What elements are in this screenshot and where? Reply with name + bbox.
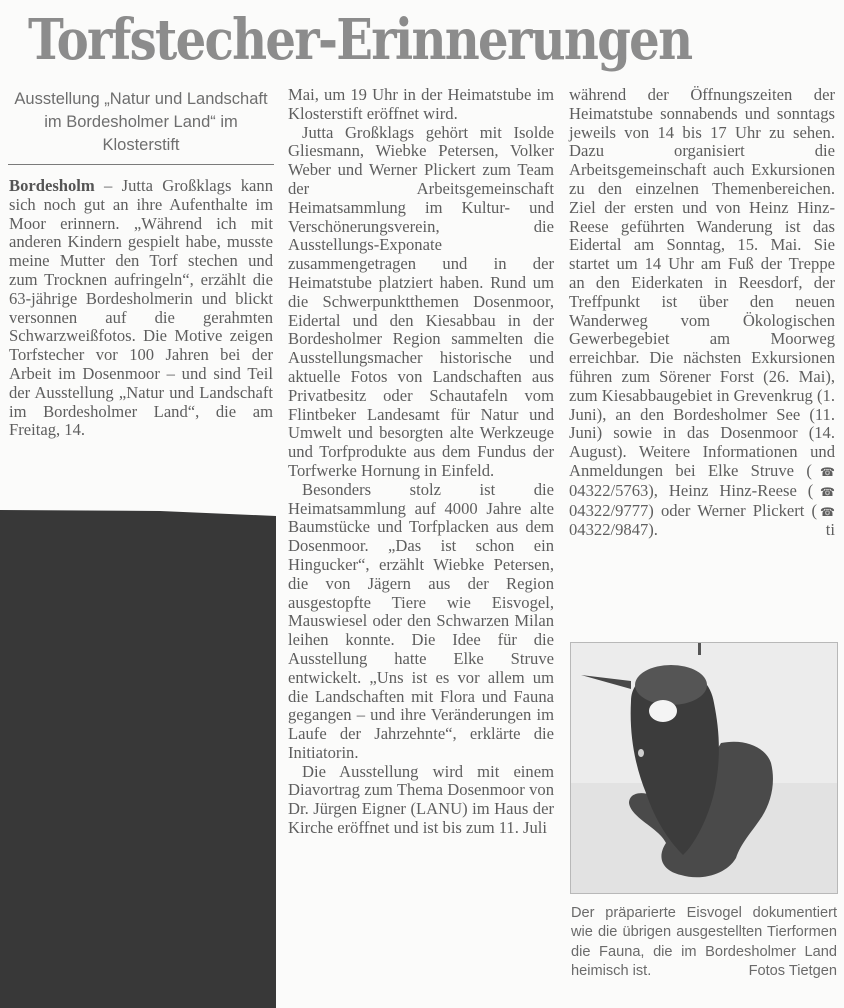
dark-image-block xyxy=(0,510,276,1008)
paragraph: Jutta Großklags gehört mit Isolde Gliesm… xyxy=(288,124,554,481)
phone-icon: ☎ xyxy=(812,465,835,479)
paragraph-text: – Jutta Großklags kann sich noch gut an … xyxy=(9,176,273,439)
paragraph: während der Öffnungszeiten der Heimatstu… xyxy=(569,86,835,540)
subhead-divider xyxy=(8,164,274,165)
photo-credit: Fotos Tietgen xyxy=(749,962,837,981)
paragraph: Besonders stolz ist die Heimatsammlung a… xyxy=(288,481,554,763)
article-column-1: Bordesholm – Jutta Großklags kann sich n… xyxy=(9,177,273,440)
subhead: Ausstellung „Natur und Landschaft im Bor… xyxy=(8,88,274,157)
paragraph: Bordesholm – Jutta Großklags kann sich n… xyxy=(9,177,273,440)
phone-icon: ☎ xyxy=(813,485,835,499)
dateline: Bordesholm xyxy=(9,176,95,195)
kingfisher-photo xyxy=(570,642,838,894)
kingfisher-illustration xyxy=(571,643,837,893)
paragraph-text: während der Öffnungszeiten der Heimatstu… xyxy=(569,85,835,480)
caption-text: Der präparierte Eisvogel dokumentiert wi… xyxy=(571,904,837,982)
phone-icon: ☎ xyxy=(817,505,835,519)
article-column-2: Mai, um 19 Uhr in der Heimatstube im Klo… xyxy=(288,86,554,838)
paragraph: Die Ausstellung wird mit einem Diavortra… xyxy=(288,763,554,838)
phone-number: 04322/5763), Heinz Hinz-Reese ( xyxy=(569,481,813,500)
paragraph: Mai, um 19 Uhr in der Heimatstube im Klo… xyxy=(288,86,554,124)
phone-number: 04322/9847). xyxy=(569,520,658,539)
author-initials: ti xyxy=(826,521,835,540)
photo-caption: Der präparierte Eisvogel dokumentiert wi… xyxy=(571,904,837,982)
headline: Torfstecher-Erinnerungen xyxy=(28,2,716,78)
phone-number: 04322/9777) oder Werner Plickert ( xyxy=(569,501,817,520)
article-column-3: während der Öffnungszeiten der Heimatstu… xyxy=(569,86,835,540)
